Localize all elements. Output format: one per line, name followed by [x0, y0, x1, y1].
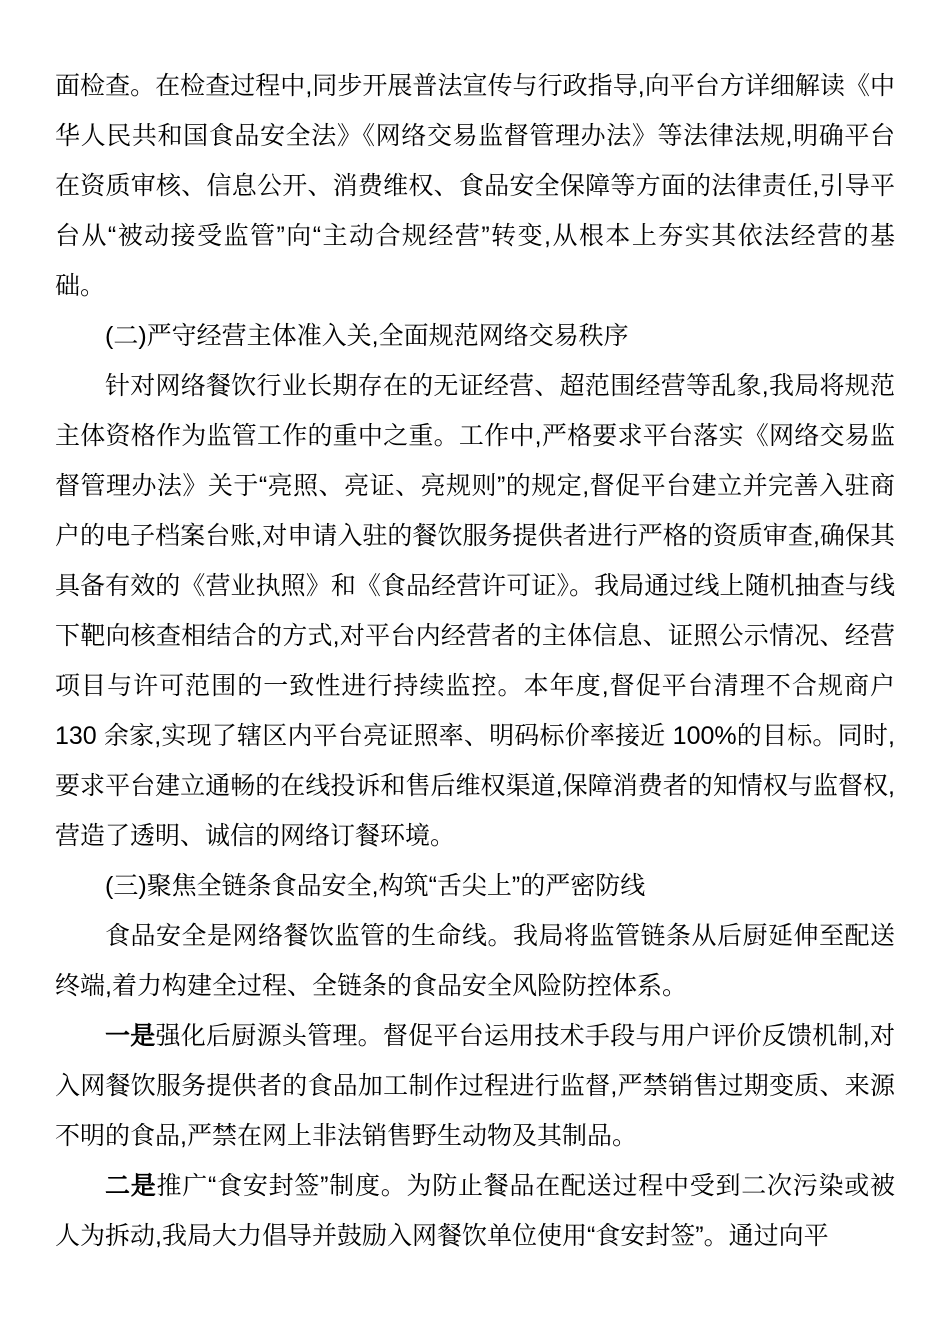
text-run-bold: 一是: [105, 1022, 156, 1050]
text-run: (三)聚焦全链条食品安全,构筑“舌尖上”的严密防线: [105, 872, 645, 900]
document-body: 面检查。在检查过程中,同步开展普法宣传与行政指导,向平台方详细解读《中华人民共和…: [55, 61, 895, 1261]
paragraph-point-one: 一是强化后厨源头管理。督促平台运用技术手段与用户评价反馈机制,对入网餐饮服务提供…: [55, 1011, 895, 1161]
text-run: 强化后厨源头管理。督促平台运用技术手段与用户评价反馈机制,对入网餐饮服务提供者的…: [55, 1022, 895, 1150]
text-run: 针对网络餐饮行业长期存在的无证经营、超范围经营等乱象,我局将规范主体资格作为监管…: [55, 372, 895, 850]
paragraph-continuation: 面检查。在检查过程中,同步开展普法宣传与行政指导,向平台方详细解读《中华人民共和…: [55, 61, 895, 311]
text-run: 食品安全是网络餐饮监管的生命线。我局将监管链条从后厨延伸至配送终端,着力构建全过…: [55, 922, 895, 1000]
text-run: 面检查。在检查过程中,同步开展普法宣传与行政指导,向平台方详细解读《中华人民共和…: [55, 72, 895, 300]
text-run: (二)严守经营主体准入关,全面规范网络交易秩序: [105, 322, 629, 350]
text-run: 推广“食安封签”制度。为防止餐品在配送过程中受到二次污染或被人为拆动,我局大力倡…: [55, 1172, 895, 1250]
paragraph-market-access: 针对网络餐饮行业长期存在的无证经营、超范围经营等乱象,我局将规范主体资格作为监管…: [55, 361, 895, 861]
paragraph-point-two: 二是推广“食安封签”制度。为防止餐品在配送过程中受到二次污染或被人为拆动,我局大…: [55, 1161, 895, 1261]
paragraph-food-safety-lifeline: 食品安全是网络餐饮监管的生命线。我局将监管链条从后厨延伸至配送终端,着力构建全过…: [55, 911, 895, 1011]
section-heading-3: (三)聚焦全链条食品安全,构筑“舌尖上”的严密防线: [55, 861, 895, 911]
text-run-bold: 二是: [105, 1172, 157, 1200]
document-page: 面检查。在检查过程中,同步开展普法宣传与行政指导,向平台方详细解读《中华人民共和…: [0, 0, 950, 1344]
section-heading-2: (二)严守经营主体准入关,全面规范网络交易秩序: [55, 311, 895, 361]
